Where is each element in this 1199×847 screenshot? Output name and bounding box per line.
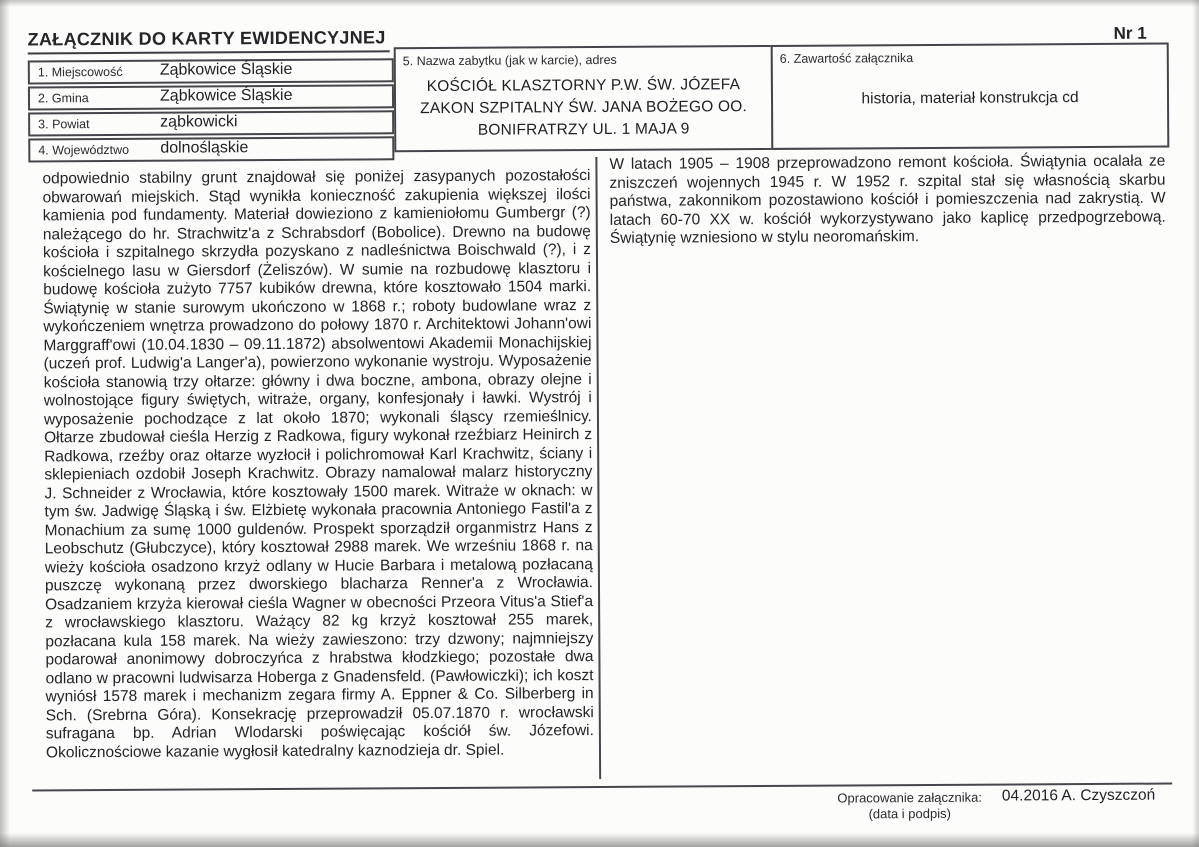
field-label: 4. Województwo bbox=[38, 143, 129, 158]
field-row-powiat: 3. Powiat ząbkowicki bbox=[28, 110, 394, 136]
field-row-wojewodztwo: 4. Województwo dolnośląskie bbox=[28, 136, 394, 162]
field-label: 2. Gmina bbox=[38, 91, 89, 105]
monument-name-line: KOŚCIÓŁ KLASZTORNY P.W. ŚW. JÓZEFA bbox=[396, 74, 771, 98]
body-text-right-column: W latach 1905 – 1908 przeprowadzono remo… bbox=[609, 153, 1166, 249]
field-label: 1. Miejscowość bbox=[38, 65, 123, 80]
field-row-gmina: 2. Gmina Ząbkowice Śląskie bbox=[28, 84, 394, 110]
attachment-contents-label: 6. Zawartość załącznika bbox=[780, 51, 913, 66]
monument-name-label: 5. Nazwa zabytku (jak w karcie), adres bbox=[403, 53, 617, 68]
footer-signature-block: Opracowanie załącznika: (data i podpis) … bbox=[837, 789, 1155, 823]
attachment-number: Nr 1 bbox=[1113, 24, 1146, 44]
body-text-left-column: odpowiednio stabilny grunt znajdował się… bbox=[42, 167, 594, 762]
location-fields-table: 1. Miejscowość Ząbkowice Śląskie 2. Gmin… bbox=[28, 58, 395, 164]
monument-name-line: BONIFRATRZY UL. 1 MAJA 9 bbox=[396, 118, 771, 142]
field-value: ząbkowicki bbox=[160, 113, 237, 131]
monument-name-box: 5. Nazwa zabytku (jak w karcie), adres K… bbox=[394, 45, 774, 152]
field-row-miejscowosc: 1. Miejscowość Ząbkowice Śląskie bbox=[28, 58, 394, 84]
attachment-contents-value: historia, materiał konstrukcja cd bbox=[773, 89, 1167, 109]
scanned-document-page: ZAŁĄCZNIK DO KARTY EWIDENCYJNEJ Nr 1 1. … bbox=[0, 0, 1199, 847]
document-content: ZAŁĄCZNIK DO KARTY EWIDENCYJNEJ Nr 1 1. … bbox=[0, 0, 1199, 847]
monument-name: KOŚCIÓŁ KLASZTORNY P.W. ŚW. JÓZEFA ZAKON… bbox=[396, 74, 771, 142]
footer-date-author: 04.2016 A. Czyszczoń bbox=[1002, 787, 1155, 806]
footer-sublabel: (data i podpis) bbox=[837, 806, 982, 823]
footer-label: Opracowanie załącznika: bbox=[837, 790, 982, 807]
field-value: Ząbkowice Śląskie bbox=[160, 87, 293, 106]
field-value: Ząbkowice Śląskie bbox=[160, 61, 293, 80]
page-title: ZAŁĄCZNIK DO KARTY EWIDENCYJNEJ bbox=[28, 27, 390, 54]
column-divider-line bbox=[595, 157, 601, 779]
attachment-contents-box: 6. Zawartość załącznika historia, materi… bbox=[771, 43, 1170, 150]
field-value: dolnośląskie bbox=[160, 139, 248, 158]
footer-labels: Opracowanie załącznika: (data i podpis) bbox=[837, 790, 982, 823]
field-label: 3. Powiat bbox=[38, 117, 90, 131]
monument-name-line: ZAKON SZPITALNY ŚW. JANA BOŻEGO OO. bbox=[396, 96, 771, 120]
